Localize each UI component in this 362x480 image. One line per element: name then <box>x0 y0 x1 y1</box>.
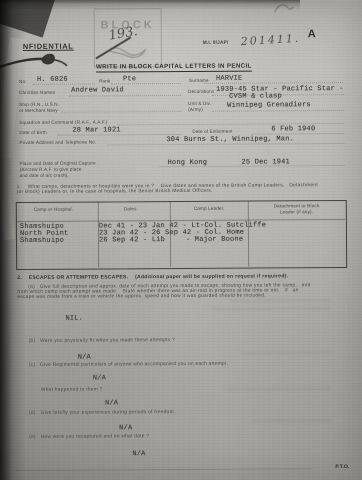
bleed-through <box>210 307 330 311</box>
form-content: BLOCK 193. NFIDENTIAL M.I. 9/JAP/ 201411… <box>0 0 362 480</box>
rank-label: Rank <box>99 78 110 83</box>
section2-heading: 2. ESCAPES OR ATTEMPTED ESCAPES. (Additi… <box>17 274 288 281</box>
table-row-entry: 26 Sep 42 - Lib <box>99 237 165 244</box>
capture-label-line2: (Aircrew R.A.F. to give place <box>20 167 82 172</box>
table-header-camp: Camp or Hospital. <box>34 207 73 212</box>
bleed-through <box>241 351 331 355</box>
capture-label-line1: Place and Date of Original Capture <box>20 161 96 166</box>
question-c-followup: What happened to them ? <box>41 387 103 392</box>
enlistment-label: Date of Enlistment <box>192 129 232 134</box>
decorations-label: Decorations <box>188 89 214 94</box>
instruction-heading: WRITE IN BLOCK CAPITAL LETTERS IN PENCIL <box>96 64 252 72</box>
bleed-through <box>230 299 330 303</box>
answer-c-followup: N/A <box>105 400 118 407</box>
question1-line2: (or Block) Leaders or, in the case of ho… <box>17 189 213 195</box>
unit-div-label-line2: (Army) <box>188 107 203 112</box>
page-edge-shadow-left <box>0 0 26 480</box>
scanned-pow-questionnaire: BLOCK 193. NFIDENTIAL M.I. 9/JAP/ 201411… <box>0 0 362 480</box>
christian-names-value: Andrew David <box>71 87 124 94</box>
bleed-through <box>251 419 331 422</box>
table-header-detachment-line1: Detachment or Block <box>274 203 320 208</box>
table-row-extra: - Major Boone <box>186 237 243 244</box>
unit-div-value: Winnipeg Grenadiers <box>227 102 311 110</box>
answer-d: N/A <box>119 425 132 432</box>
answer-e: N/A <box>132 451 145 458</box>
question-a-line3: escape was made from a train or vehicle … <box>17 293 266 300</box>
unit-div-label-line1: Unit & Div. <box>188 101 211 106</box>
table-header-leader: Camp Leader. <box>194 206 225 211</box>
question-b: (b) Were you physically fit when you mad… <box>29 338 175 344</box>
answer-c: N/A <box>93 375 106 382</box>
table-header-dates: Dates. <box>124 206 138 211</box>
mi9-reference-label: M.I. 9/JAP/ <box>203 41 229 46</box>
table-header-detachment-line2: Leader (if any). <box>280 209 313 214</box>
question-d: (d) Give briefly your experiences during… <box>29 410 175 416</box>
answer-b: N/A <box>78 355 91 362</box>
pto-label: P.T.O. <box>335 465 349 470</box>
capture-label-line3: and date of a/c crash). <box>20 173 69 178</box>
copy-letter: A <box>308 32 316 37</box>
question-c: (c) Give Regimental particulars of anyon… <box>29 362 228 368</box>
question-e: (e) How were you recaptured and on what … <box>29 434 149 440</box>
table-row-camp: Shamshuipo <box>20 238 64 245</box>
bleed-through <box>226 387 331 391</box>
answer-a: NIL. <box>65 316 83 323</box>
confidential-stamp: NFIDENTIAL <box>23 44 74 51</box>
squadron-label: Squadron and Command (R.A.F., A.A.F.) <box>19 119 107 125</box>
address-label: Private Address and Telephone No. <box>19 140 96 145</box>
